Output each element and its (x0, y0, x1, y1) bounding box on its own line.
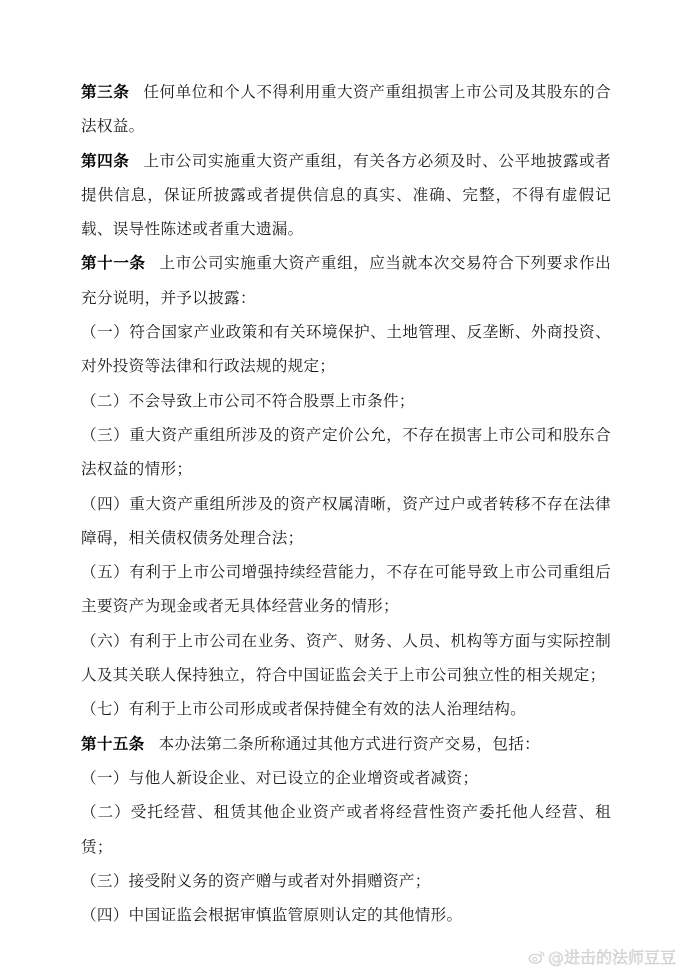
list-item: （三）重大资产重组所涉及的资产定价公允，不存在损害上市公司和股东合法权益的情形； (81, 418, 611, 487)
list-item: （七）有利于上市公司形成或者保持健全有效的法人治理结构。 (81, 692, 611, 726)
article-text: 任何单位和个人不得利用重大资产重组损害上市公司及其股东的合法权益。 (81, 83, 611, 135)
article-15: 第十五条本办法第二条所称通过其他方式进行资产交易，包括： (81, 727, 611, 761)
list-item: （四）重大资产重组所涉及的资产权属清晰，资产过户或者转移不存在法律障碍，相关债权… (81, 487, 611, 556)
list-item: （三）接受附义务的资产赠与或者对外捐赠资产； (81, 864, 611, 898)
list-item: （一）与他人新设企业、对已设立的企业增资或者减资； (81, 761, 611, 795)
list-item: （一）符合国家产业政策和有关环境保护、土地管理、反垄断、外商投资、对外投资等法律… (81, 315, 611, 384)
article-3: 第三条任何单位和个人不得利用重大资产重组损害上市公司及其股东的合法权益。 (81, 75, 611, 144)
list-item: （六）有利于上市公司在业务、资产、财务、人员、机构等方面与实际控制人及其关联人保… (81, 624, 611, 693)
article-text: 上市公司实施重大资产重组，应当就本次交易符合下列要求作出充分说明，并予以披露： (81, 254, 611, 306)
weibo-icon (528, 950, 546, 964)
document-body: 第三条任何单位和个人不得利用重大资产重组损害上市公司及其股东的合法权益。 第四条… (81, 75, 611, 932)
list-item: （四）中国证监会根据审慎监管原则认定的其他情形。 (81, 898, 611, 932)
list-item: （二）不会导致上市公司不符合股票上市条件； (81, 384, 611, 418)
article-heading: 第十五条 (81, 735, 145, 753)
article-heading: 第十一条 (81, 254, 146, 272)
article-4: 第四条上市公司实施重大资产重组，有关各方必须及时、公平地披露或者提供信息，保证所… (81, 144, 611, 247)
article-heading: 第三条 (81, 83, 129, 101)
list-item: （二）受托经营、租赁其他企业资产或者将经营性资产委托他人经营、租赁； (81, 795, 611, 864)
watermark-text: @进击的法师豆豆 (548, 945, 676, 968)
article-text: 本办法第二条所称通过其他方式进行资产交易，包括： (159, 735, 540, 753)
watermark: @进击的法师豆豆 (528, 945, 676, 968)
list-item: （五）有利于上市公司增强持续经营能力，不存在可能导致上市公司重组后主要资产为现金… (81, 555, 611, 624)
article-heading: 第四条 (81, 152, 129, 170)
article-text: 上市公司实施重大资产重组，有关各方必须及时、公平地披露或者提供信息，保证所披露或… (81, 152, 611, 239)
article-11: 第十一条上市公司实施重大资产重组，应当就本次交易符合下列要求作出充分说明，并予以… (81, 246, 611, 315)
